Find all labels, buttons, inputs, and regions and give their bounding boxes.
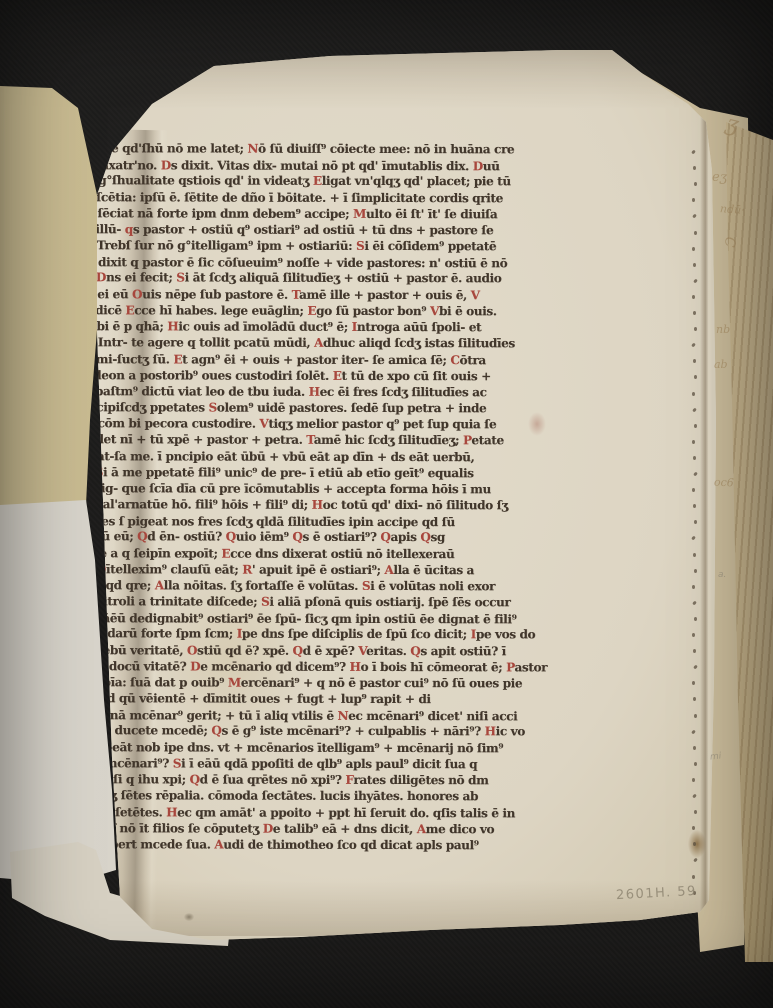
edge-pencil-mark: a. xyxy=(718,570,726,580)
edge-ink-mark: C xyxy=(721,236,738,248)
edge-ink-mark: ʒ xyxy=(723,111,741,138)
fore-edge-annotations: ʒeʒndū·Cnbaboc6a.mi xyxy=(0,0,773,1008)
edge-pencil-mark: mi xyxy=(710,751,722,762)
edge-ink-mark: oc6 xyxy=(714,476,734,490)
edge-ink-mark: eʒ xyxy=(712,170,728,186)
edge-ink-mark: ab xyxy=(714,358,728,371)
manuscript-photo: iā ē qd'ſhū nō me latet; Nō ſū diuiſſ⁹ c… xyxy=(0,0,773,1008)
edge-ink-mark: nb xyxy=(716,323,730,336)
edge-ink-mark: ndū· xyxy=(720,202,746,217)
